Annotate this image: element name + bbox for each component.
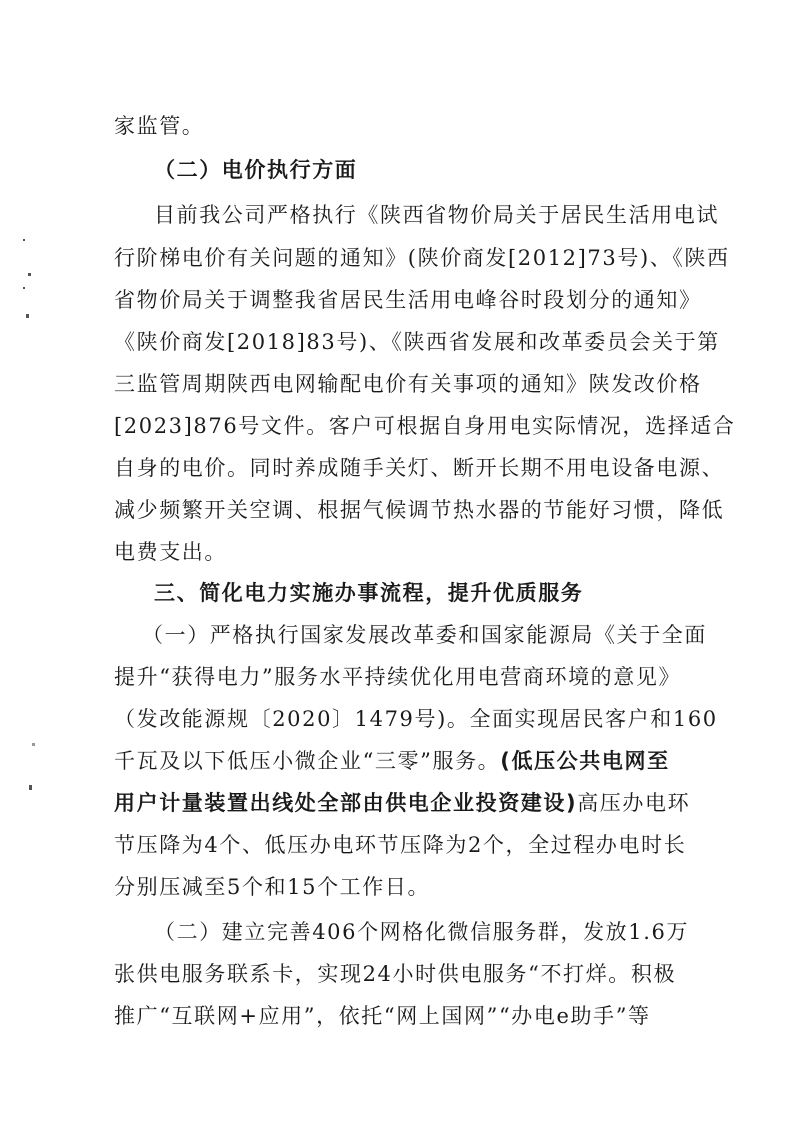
paragraph-line: 省物价局关于调整我省居民生活用电峰谷时段划分的通知》 [114, 285, 674, 315]
scan-speck [28, 273, 31, 276]
paragraph-line: 用户计量装置出线处全部由供电企业投资建设)高压办电环 [114, 788, 674, 818]
text-run: （发改能源规〔2020〕1479号)。全面实现居民客户和160 [114, 707, 718, 731]
text-run: 省物价局关于调整我省居民生活用电峰谷时段划分的通知》 [114, 288, 702, 312]
scan-speck [32, 743, 35, 746]
paragraph-line: 行阶梯电价有关问题的通知》(陕价商发[2012]73号)、《陕西 [114, 243, 674, 273]
scan-speck [23, 287, 25, 289]
paragraph-line: 节压降为4个、低压办电环节压降为2个，全过程办电时长 [114, 830, 674, 860]
paragraph-line: 自身的电价。同时养成随手关灯、断开长期不用电设备电源、 [114, 453, 674, 483]
text-run: 高压办电环 [577, 791, 690, 815]
section-heading: 三、简化电力实施办事流程，提升优质服务 [154, 578, 714, 608]
scan-speck [23, 239, 25, 241]
paragraph-line: 分别压减至5个和15个工作日。 [114, 872, 674, 902]
text-run: 千瓦及以下低压小微企业“三零”服务。 [114, 749, 500, 773]
text-run: 张供电服务联系卡，实现24小时供电服务“不打烊。积极 [114, 962, 676, 986]
scan-speck [26, 314, 29, 318]
document-page: 家监管。（二）电价执行方面目前我公司严格执行《陕西省物价局关于居民生活用电试行阶… [0, 0, 793, 1122]
text-run: 自身的电价。同时养成随手关灯、断开长期不用电设备电源、 [114, 456, 724, 480]
paragraph-line: （发改能源规〔2020〕1479号)。全面实现居民客户和160 [114, 704, 674, 734]
paragraph-line: 家监管。 [114, 111, 674, 141]
text-run: 三、简化电力实施办事流程，提升优质服务 [154, 581, 583, 605]
text-run: （一）严格执行国家发展改革委和国家能源局《关于全面 [142, 623, 707, 647]
paragraph-line: 提升“获得电力”服务水平持续优化用电营商环境的意见》 [114, 662, 674, 692]
paragraph-line: 电费支出。 [114, 537, 674, 567]
paragraph-line: 减少频繁开关空调、根据气候调节热水器的节能好习惯，降低 [114, 495, 674, 525]
text-run: 目前我公司严格执行《陕西省物价局关于居民生活用电试 [154, 203, 719, 227]
text-run: 三监管周期陕西电网输配电价有关事项的通知》陕发改价格 [114, 372, 702, 396]
text-run: 家监管。 [114, 114, 204, 138]
text-run: 《陕价商发[2018]83号)、《陕西省发展和改革委员会关于第 [114, 330, 720, 354]
emphasized-text: (低压公共电网至 [500, 749, 669, 773]
paragraph-line: 张供电服务联系卡，实现24小时供电服务“不打烊。积极 [114, 959, 674, 989]
text-run: 提升“获得电力”服务水平持续优化用电营商环境的意见》 [114, 665, 681, 689]
text-run: （二）电价执行方面 [154, 158, 357, 182]
paragraph-line: （一）严格执行国家发展改革委和国家能源局《关于全面 [142, 620, 702, 650]
text-run: 推广“互联网+应用”，依托“网上国网”“办电e助手”等 [114, 1004, 651, 1028]
paragraph-line: （二）建立完善406个网格化微信服务群，发放1.6万 [154, 917, 714, 947]
text-run: 分别压减至5个和15个工作日。 [114, 875, 430, 899]
text-run: [2023]876号文件。客户可根据自身用电实际情况，选择适合 [114, 414, 736, 438]
text-run: 节压降为4个、低压办电环节压降为2个，全过程办电时长 [114, 833, 686, 857]
scan-speck [29, 785, 32, 790]
text-run: 减少频繁开关空调、根据气候调节热水器的节能好习惯，降低 [114, 498, 724, 522]
paragraph-line: 《陕价商发[2018]83号)、《陕西省发展和改革委员会关于第 [114, 327, 674, 357]
emphasized-text: 用户计量装置出线处全部由供电企业投资建设) [114, 791, 577, 815]
paragraph-line: 推广“互联网+应用”，依托“网上国网”“办电e助手”等 [114, 1001, 674, 1031]
paragraph-line: 三监管周期陕西电网输配电价有关事项的通知》陕发改价格 [114, 369, 674, 399]
paragraph-line: 千瓦及以下低压小微企业“三零”服务。(低压公共电网至 [114, 746, 674, 776]
paragraph-line: [2023]876号文件。客户可根据自身用电实际情况，选择适合 [114, 411, 674, 441]
section-heading: （二）电价执行方面 [154, 155, 714, 185]
text-run: 电费支出。 [114, 540, 227, 564]
text-run: 行阶梯电价有关问题的通知》(陕价商发[2012]73号)、《陕西 [114, 246, 730, 270]
paragraph-line: 目前我公司严格执行《陕西省物价局关于居民生活用电试 [154, 200, 714, 230]
text-run: （二）建立完善406个网格化微信服务群，发放1.6万 [154, 920, 689, 944]
